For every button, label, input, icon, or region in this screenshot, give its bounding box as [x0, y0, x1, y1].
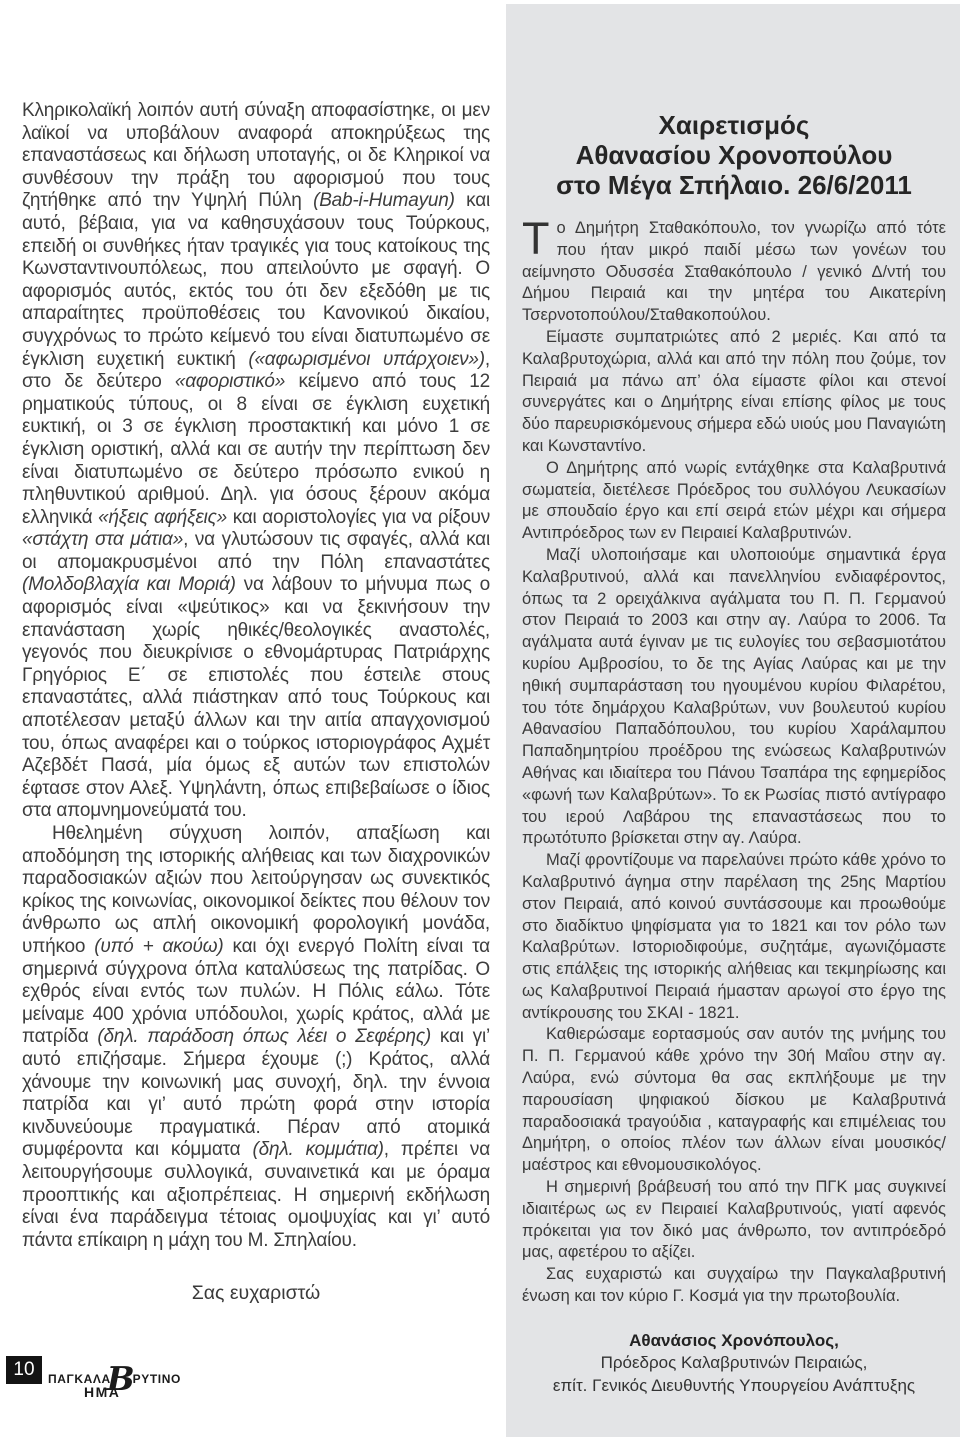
- signature-line: Αθανάσιος Χρονόπουλος,: [522, 1330, 946, 1353]
- article-text: Κληρικολαϊκή λοιπόν αυτή σύναξη αποφασίσ…: [22, 100, 490, 1252]
- greeting-title-line: Αθανασίου Χρονοπούλου: [522, 140, 946, 170]
- greeting-paragraph: Ο Δημήτρης από νωρίς εντάχθηκε στα Καλαβ…: [522, 458, 946, 545]
- greeting-paragraph: Είμαστε συμπατριώτες από 2 μεριές. Και α…: [522, 327, 946, 458]
- logo-text-part: ΡΥΤΙΝΟ: [133, 1372, 181, 1386]
- signature-line: Πρόεδρος Καλαβρυτινών Πειραιώς,: [522, 1352, 946, 1375]
- greeting-paragraph: Το Δημήτρη Σταθακόπουλο, τον γνωρίζω από…: [522, 218, 946, 327]
- greeting-title: Χαιρετισμός Αθανασίου Χρονοπούλου στο Μέ…: [522, 110, 946, 200]
- left-column-paragraph: Κληρικολαϊκή λοιπόν αυτή σύναξη αποφασίσ…: [22, 100, 490, 823]
- greeting-panel: Χαιρετισμός Αθανασίου Χρονοπούλου στο Μέ…: [506, 4, 960, 1437]
- newspaper-page: Κληρικολαϊκή λοιπόν αυτή σύναξη αποφασίσ…: [0, 0, 960, 1445]
- article-closing-line: Σας ευχαριστώ: [22, 1282, 490, 1305]
- greeting-title-line: Χαιρετισμός: [522, 110, 946, 140]
- page-number-badge: 10: [6, 1356, 42, 1384]
- greeting-paragraph: Καθιερώσαμε εορτασμούς σαν αυτόν της μνή…: [522, 1024, 946, 1177]
- article-left-column: Κληρικολαϊκή λοιπόν αυτή σύναξη αποφασίσ…: [22, 100, 490, 1305]
- greeting-text: Το Δημήτρη Σταθακόπουλο, τον γνωρίζω από…: [522, 218, 946, 1308]
- greeting-title-line: στο Μέγα Σπήλαιο. 26/6/2011: [522, 170, 946, 200]
- signature-line: επίτ. Γενικός Διευθυντής Υπουργείου Ανάπ…: [522, 1375, 946, 1398]
- greeting-paragraph: Μαζί φροντίζουμε να παρελαύνει πρώτο κάθ…: [522, 850, 946, 1024]
- greeting-paragraph: Σας ευχαριστώ και συγχαίρω την Παγκαλαβρ…: [522, 1264, 946, 1308]
- left-column-paragraph: Ηθελημένη σύγχυση λοιπόν, απαξίωση και α…: [22, 823, 490, 1252]
- newspaper-logo: ΠΑΓΚΑΛΑΒΡΥΤΙΝΟ ΗΜΑ: [48, 1352, 181, 1400]
- drop-cap: Τ: [522, 218, 557, 257]
- greeting-paragraph: Η σημερινή βράβευσή του από την ΠΓΚ μας …: [522, 1177, 946, 1264]
- greeting-paragraph: Μαζί υλοποιήσαμε και υλοποιούμε σημαντικ…: [522, 545, 946, 850]
- logo-script-letter: Β: [107, 1359, 135, 1398]
- signature-block: Αθανάσιος Χρονόπουλος,Πρόεδρος Καλαβρυτι…: [522, 1330, 946, 1398]
